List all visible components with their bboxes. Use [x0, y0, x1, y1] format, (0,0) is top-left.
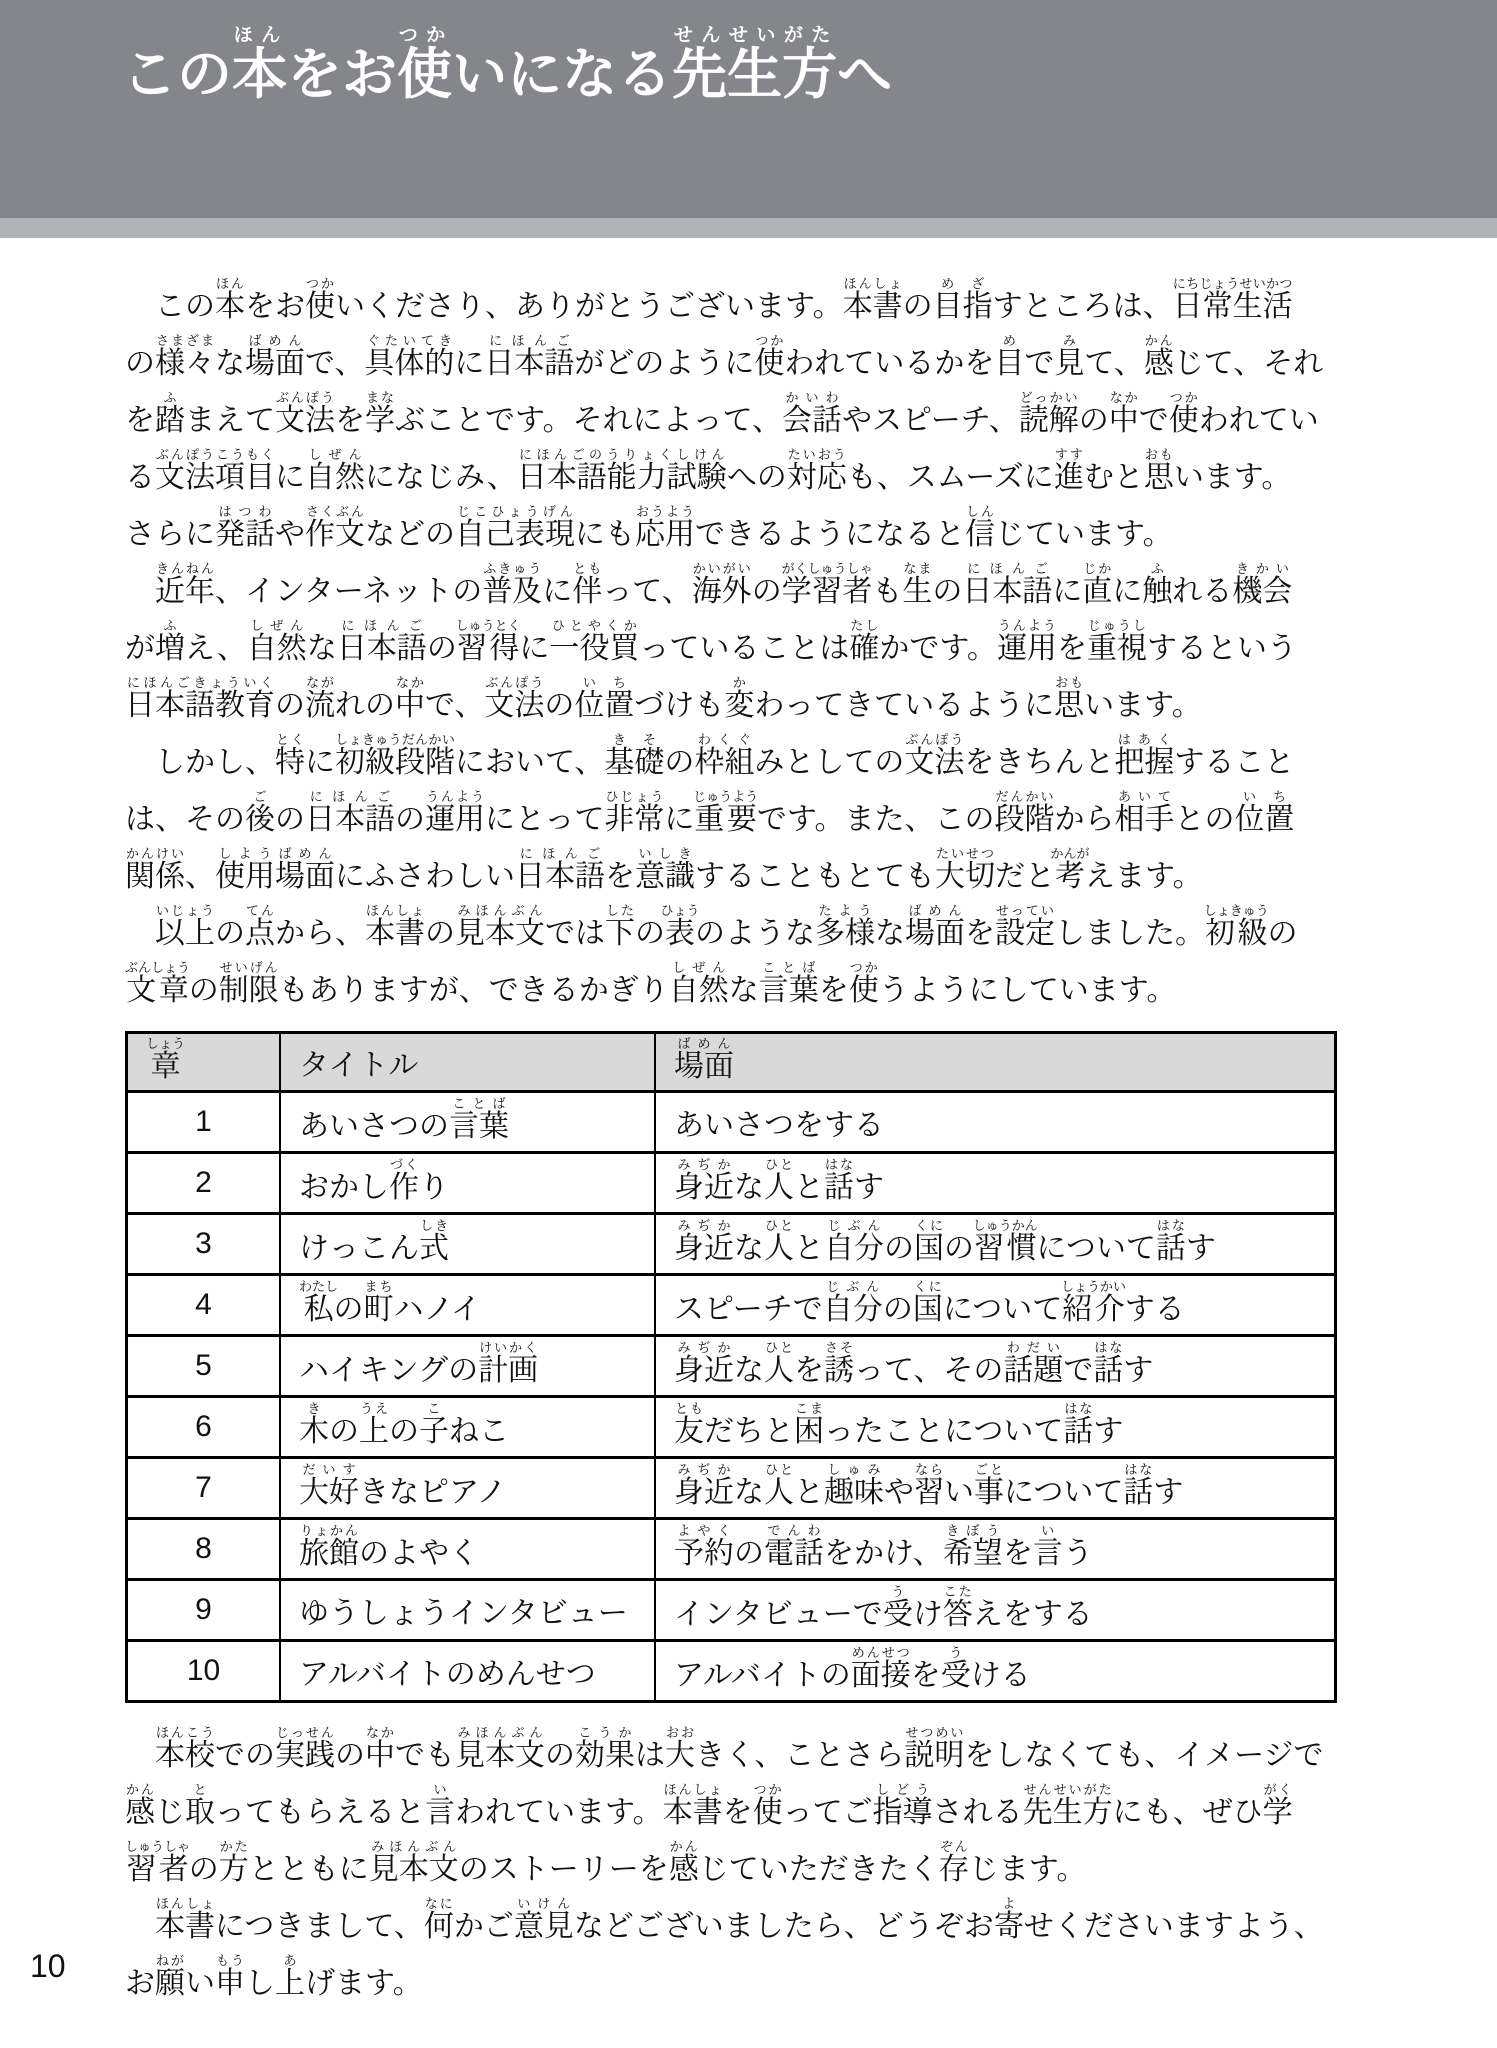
chapter-title: けっこん式しき [280, 1214, 655, 1275]
ruby-word: 実践じっせん [275, 1739, 335, 1772]
text-line: 近年きんねん、インターネットの普及ふきゅうに伴ともって、海外かいがいの学習者がく… [125, 561, 1415, 618]
ruby-word: 場面ばめん [674, 1050, 734, 1083]
ruby-word: 意見いけん [514, 1910, 574, 1943]
ruby-word: 子こ [419, 1415, 449, 1448]
ruby-word: 日本語にほんご [337, 632, 427, 665]
column-header-title: タイトル [280, 1033, 655, 1092]
ruby-word: 自分じぶん [823, 1293, 883, 1326]
chapter-number: 5 [127, 1336, 281, 1397]
chapter-table-header-row: 章しょう タイトル 場面ばめん [127, 1033, 1336, 1092]
chapter-scene: 身近みぢかな人ひとと趣味しゅみや習ならい事ごとについて話はなす [655, 1458, 1336, 1519]
column-header-scene: 場面ばめん [655, 1033, 1336, 1092]
ruby-word: 応用おうよう [635, 518, 695, 551]
ruby-word: 位置いち [1235, 803, 1295, 836]
ruby-word: 運用うんよう [425, 803, 485, 836]
chapter-row: 1あいさつの言葉ことばあいさつをする [127, 1092, 1336, 1153]
ruby-word: 日本語教育にほんごきょういく [125, 689, 275, 722]
chapter-number: 3 [127, 1214, 281, 1275]
chapter-row: 2おかし作づくり身近みぢかな人ひとと話はなす [127, 1153, 1336, 1214]
ruby-word: 話はな [1156, 1232, 1186, 1265]
ruby-word: 増ふ [155, 632, 185, 665]
ruby-word: 誘さそ [824, 1354, 854, 1387]
ruby-word: 方かた [219, 1853, 249, 1886]
ruby-word: 見本文みほんぶん [455, 917, 545, 950]
ruby-word: 中なか [1109, 404, 1139, 437]
chapter-number: 2 [127, 1153, 281, 1214]
ruby-word: 希望きぼう [943, 1537, 1003, 1570]
chapter-number: 9 [127, 1580, 281, 1641]
text-line: 感かんじ取とってもらえると言いわれています。本書ほんしょを使つかってご指導しどう… [125, 1782, 1415, 1839]
ruby-word: 使用場面しようばめん [215, 860, 335, 893]
ruby-word: 基礎きそ [604, 746, 664, 779]
chapter-number: 10 [127, 1641, 281, 1702]
chapter-title: ハイキングの計画けいかく [280, 1336, 655, 1397]
ruby-word: 受う [941, 1659, 971, 1692]
chapter-row: 4私わたしの町まちハノイスピーチで自分じぶんの国くにについて紹介しょうかいする [127, 1275, 1336, 1336]
ruby-word: 見本文みほんぶん [455, 1739, 545, 1772]
ruby-word: 重要じゅうよう [694, 803, 757, 836]
ruby-word: 近年きんねん [155, 575, 215, 608]
text-line: 文章ぶんしょうの制限せいげんもありますが、できるかぎり自然しぜんな言葉ことばを使… [125, 960, 1415, 1017]
ruby-word: 答こた [943, 1598, 973, 1631]
chapter-scene: 身近みぢかな人ひとと自分じぶんの国くにの習慣しゅうかんについて話はなす [655, 1214, 1336, 1275]
ruby-word: 言い [425, 1796, 455, 1829]
ruby-word: 効果こうか [575, 1739, 635, 1772]
ruby-word: 特とく [275, 746, 305, 779]
ruby-word: 以上いじょう [155, 917, 215, 950]
ruby-word: 作文さくぶん [305, 518, 365, 551]
ruby-word: 紹介しょうかい [1062, 1293, 1125, 1326]
ruby-word: 日本語にほんご [305, 803, 395, 836]
document-page: この本ほんをお使つかいになる先生方せんせいがたへ この本ほんをお使つかいくださり… [0, 0, 1497, 2048]
chapter-title: 旅館りょかんのよやく [280, 1519, 655, 1580]
text-line: は、その後ごの日本語にほんごの運用うんようにとって非常ひじょうに重要じゅうようで… [125, 789, 1415, 846]
ruby-word: 触ふ [1142, 575, 1172, 608]
ruby-word: 運用うんよう [997, 632, 1057, 665]
ruby-word: 大おお [665, 1739, 695, 1772]
ruby-word: 国くに [914, 1232, 944, 1265]
ruby-word: 自然しぜん [247, 632, 307, 665]
ruby-word: 話はな [1093, 1354, 1123, 1387]
chapter-title: 木きの上うえの子こねこ [280, 1397, 655, 1458]
ruby-word: 自然しぜん [669, 974, 729, 1007]
ruby-word: 使つか [753, 1796, 783, 1829]
ruby-word: 中なか [365, 1739, 395, 1772]
ruby-word: 言葉ことば [449, 1110, 509, 1143]
ruby-word: 上あ [275, 1967, 305, 2000]
ruby-word: 具体的ぐたいてき [364, 347, 454, 380]
ruby-word: 受う [883, 1598, 913, 1631]
chapter-row: 9ゆうしょうインタビューインタビューで受うけ答こたえをする [127, 1580, 1336, 1641]
chapter-scene: 身近みぢかな人ひとと話はなす [655, 1153, 1336, 1214]
ruby-word: 本書ほんしょ [843, 290, 903, 323]
ruby-word: 把握はあく [1114, 746, 1174, 779]
text-line: る文法項目ぶんぽうこうもくに自然しぜんになじみ、日本語能力試験にほんごのうりょく… [125, 447, 1415, 504]
ruby-word: 学習者がくしゅうしゃ [782, 575, 873, 608]
ruby-word: 本校ほんこう [155, 1739, 215, 1772]
ruby-word: 信しん [965, 518, 995, 551]
ruby-word: 機会きかい [1232, 575, 1292, 608]
ruby-word: 本書ほんしょ [663, 1796, 723, 1829]
ruby-word: 読解どっかい [1019, 404, 1079, 437]
ruby-word: 表ひょう [665, 917, 695, 950]
chapter-number: 8 [127, 1519, 281, 1580]
ruby-word: 意識いしき [635, 860, 695, 893]
ruby-word: 場面ばめん [245, 347, 305, 380]
ruby-word: 後ご [245, 803, 275, 836]
ruby-word: 目指めざ [933, 290, 993, 323]
chapter-row: 7大好だいすきなピアノ身近みぢかな人ひとと趣味しゅみや習ならい事ごとについて話は… [127, 1458, 1336, 1519]
chapter-title: ゆうしょうインタビュー [280, 1580, 655, 1641]
ruby-word: 大切たいせつ [935, 860, 995, 893]
ruby-word: 日本語にほんご [484, 347, 574, 380]
page-number: 10 [30, 1948, 66, 1985]
chapter-table-head: 章しょう タイトル 場面ばめん [127, 1033, 1336, 1092]
ruby-word: 初級段階しょきゅうだんかい [335, 746, 455, 779]
ruby-word: 自分じぶん [824, 1232, 884, 1265]
ruby-word: 下した [605, 917, 635, 950]
chapter-row: 6木きの上うえの子こねこ友ともだちと困こまったことについて話はなす [127, 1397, 1336, 1458]
chapter-table-body: 1あいさつの言葉ことばあいさつをする2おかし作づくり身近みぢかな人ひとと話はなす… [127, 1092, 1336, 1702]
ruby-word: 身近みぢか [674, 1171, 734, 1204]
ruby-word: 話はな [1123, 1476, 1153, 1509]
chapter-row: 5ハイキングの計画けいかく身近みぢかな人ひとを誘さそって、その話題わだいで話はな… [127, 1336, 1336, 1397]
ruby-word: 寄よ [994, 1910, 1024, 1943]
ruby-word: 文法ぶんぽう [275, 404, 335, 437]
ruby-word: 人ひと [764, 1476, 794, 1509]
ruby-word: 習得しゅうとく [457, 632, 520, 665]
ruby-word: 制限せいげん [219, 974, 279, 1007]
ruby-word: 話はな [1063, 1415, 1093, 1448]
ruby-word: 木き [299, 1415, 329, 1448]
ruby-word: 文法ぶんぽう [904, 746, 964, 779]
ruby-word: 使つか [397, 43, 452, 105]
ruby-word: 習なら [914, 1476, 944, 1509]
ruby-word: 町まち [364, 1293, 394, 1326]
ruby-word: 文法項目ぶんぽうこうもく [155, 461, 275, 494]
ruby-word: 申もう [215, 1967, 245, 2000]
chapter-row: 10アルバイトのめんせつアルバイトの面接めんせつを受うける [127, 1641, 1336, 1702]
column-header-chapter: 章しょう [127, 1033, 281, 1092]
ruby-word: 本ほん [215, 290, 245, 323]
text-line: 関係かんけい、使用場面しようばめんにふさわしい日本語にほんごを意識いしきすること… [125, 846, 1415, 903]
ruby-word: 場面ばめん [905, 917, 965, 950]
ruby-word: 使つか [849, 974, 879, 1007]
text-line: 本校ほんこうでの実践じっせんの中なかでも見本文みほんぶんの効果こうかは大おおきく… [125, 1725, 1415, 1782]
ruby-word: 旅館りょかん [299, 1537, 359, 1570]
ruby-word: 何なに [424, 1910, 454, 1943]
ruby-word: 国くに [913, 1293, 943, 1326]
ruby-word: 話題わだい [1003, 1354, 1063, 1387]
ruby-word: 友とも [674, 1415, 704, 1448]
ruby-word: 趣味しゅみ [824, 1476, 884, 1509]
ruby-word: 中なか [395, 689, 425, 722]
ruby-word: 困こま [794, 1415, 824, 1448]
text-line: 以上いじょうの点てんから、本書ほんしょの見本文みほんぶんでは下したの表ひょうのよ… [125, 903, 1415, 960]
ruby-word: 日本語能力試験にほんごのうりょくしけん [517, 461, 727, 494]
page-header-band: この本ほんをお使つかいになる先生方せんせいがたへ [0, 0, 1497, 218]
ruby-word: 初級しょきゅう [1205, 917, 1268, 950]
chapter-number: 4 [127, 1275, 281, 1336]
ruby-word: 身近みぢか [674, 1354, 734, 1387]
text-line: 日本語教育にほんごきょういくの流ながれの中なかで、文法ぶんぽうの位置いちづけも変… [125, 675, 1415, 732]
ruby-word: 多様たよう [815, 917, 875, 950]
chapter-scene: 身近みぢかな人ひとを誘さそって、その話題わだいで話はなす [655, 1336, 1336, 1397]
chapter-scene: インタビューで受うけ答こたえをする [655, 1580, 1336, 1641]
intro-paragraphs: この本ほんをお使つかいくださり、ありがとうございます。本書ほんしょの目指めざすと… [125, 276, 1415, 1017]
ruby-word: 枠組わくぐ [694, 746, 754, 779]
ruby-word: 踏ふ [155, 404, 185, 437]
chapter-table: 章しょう タイトル 場面ばめん 1あいさつの言葉ことばあいさつをする2おかし作づ… [125, 1031, 1337, 1703]
chapter-scene: 友ともだちと困こまったことについて話はなす [655, 1397, 1336, 1458]
chapter-scene: スピーチで自分じぶんの国くにについて紹介しょうかいする [655, 1275, 1336, 1336]
ruby-word: 重視じゅうし [1087, 632, 1147, 665]
ruby-word: 点てん [245, 917, 275, 950]
ruby-word: 自然しぜん [305, 461, 365, 494]
ruby-word: 感かん [669, 1853, 699, 1886]
ruby-word: 一役買ひとやくか [549, 632, 639, 665]
ruby-word: 変か [724, 689, 754, 722]
ruby-word: 願ねが [155, 1967, 185, 2000]
ruby-word: 使つか [754, 347, 784, 380]
chapter-scene: あいさつをする [655, 1092, 1336, 1153]
chapter-scene: 予約よやくの電話でんわをかけ、希望きぼうを言いう [655, 1519, 1336, 1580]
text-line: が増ふえ、自然しぜんな日本語にほんごの習得しゅうとくに一役買ひとやくかっているこ… [125, 618, 1415, 675]
ruby-word: 思おも [1144, 461, 1174, 494]
ruby-word: 思おも [1054, 689, 1084, 722]
ruby-word: 習慣しゅうかん [974, 1232, 1037, 1265]
ruby-word: 説明せつめい [904, 1739, 964, 1772]
chapter-title: 大好だいすきなピアノ [280, 1458, 655, 1519]
ruby-word: 身近みぢか [674, 1232, 734, 1265]
ruby-word: 人ひと [764, 1232, 794, 1265]
ruby-word: 話はな [824, 1171, 854, 1204]
ruby-word: 海外かいがい [692, 575, 752, 608]
ruby-word: 身近みぢか [674, 1476, 734, 1509]
chapter-number: 6 [127, 1397, 281, 1458]
header-accent-strip [0, 218, 1497, 238]
ruby-word: 生なま [902, 575, 932, 608]
ruby-word: 計画けいかく [478, 1354, 538, 1387]
ruby-word: 発話はつわ [215, 518, 275, 551]
chapter-title: あいさつの言葉ことば [280, 1092, 655, 1153]
ruby-word: 文章ぶんしょう [125, 974, 189, 1007]
chapter-title: 私わたしの町まちハノイ [280, 1275, 655, 1336]
ruby-word: 学まな [365, 404, 395, 437]
ruby-word: 相手あいて [1115, 803, 1175, 836]
ruby-word: 人ひと [764, 1354, 794, 1387]
ruby-word: 習者しゅうしゃ [125, 1853, 189, 1886]
text-line: 本書ほんしょにつきまして、何なにかご意見いけんなどございましたら、どうぞお寄よせ… [125, 1896, 1415, 1953]
chapter-number: 7 [127, 1458, 281, 1519]
ruby-word: 上うえ [359, 1415, 389, 1448]
ruby-word: 使つか [1169, 404, 1199, 437]
ruby-word: 感かん [125, 1796, 155, 1829]
ruby-word: 本書ほんしょ [365, 917, 425, 950]
ruby-word: 対応たいおう [787, 461, 847, 494]
ruby-word: 作づく [389, 1171, 419, 1204]
ruby-word: 式しき [419, 1232, 449, 1265]
closing-paragraphs: 本校ほんこうでの実践じっせんの中なかでも見本文みほんぶんの効果こうかは大おおきく… [125, 1725, 1415, 2010]
chapter-number: 1 [127, 1092, 281, 1153]
ruby-word: 非常ひじょう [604, 803, 664, 836]
ruby-word: 感かん [1144, 347, 1174, 380]
ruby-word: 学がく [1263, 1796, 1293, 1829]
ruby-word: 見本文みほんぶん [369, 1853, 459, 1886]
ruby-word: 面接めんせつ [851, 1659, 911, 1692]
ruby-word: 私わたし [299, 1293, 334, 1326]
chapter-row: 8旅館りょかんのよやく予約よやくの電話でんわをかけ、希望きぼうを言いう [127, 1519, 1336, 1580]
ruby-word: 先生方せんせいがた [1023, 1796, 1113, 1829]
text-line: の様々さまざまな場面ばめんで、具体的ぐたいてきに日本語にほんごがどのように使つか… [125, 333, 1415, 390]
ruby-word: 大好だいす [299, 1476, 359, 1509]
ruby-word: 日本語にほんご [962, 575, 1052, 608]
chapter-row: 3けっこん式しき身近みぢかな人ひとと自分じぶんの国くにの習慣しゅうかんについて話… [127, 1214, 1336, 1275]
ruby-word: 言葉ことば [759, 974, 819, 1007]
ruby-word: 指導しどう [873, 1796, 933, 1829]
ruby-word: 予約よやく [674, 1537, 734, 1570]
ruby-word: 本書ほんしょ [155, 1910, 215, 1943]
ruby-word: 本ほん [232, 43, 287, 105]
ruby-word: 考かんが [1055, 860, 1085, 893]
chapter-title: アルバイトのめんせつ [280, 1641, 655, 1702]
ruby-word: 様々さまざま [155, 347, 215, 380]
ruby-word: 段階だんかい [995, 803, 1055, 836]
page-title: この本ほんをお使つかいになる先生方せんせいがたへ [0, 0, 1497, 122]
ruby-word: 先生方せんせいがた [672, 43, 837, 105]
ruby-word: 人ひと [764, 1171, 794, 1204]
ruby-word: 位置いち [574, 689, 634, 722]
ruby-word: 言い [1033, 1537, 1063, 1570]
page-content: この本ほんをお使つかいくださり、ありがとうございます。本書ほんしょの目指めざすと… [0, 238, 1415, 2010]
ruby-word: 日常生活にちじょうせいかつ [1173, 290, 1293, 323]
chapter-title: おかし作づくり [280, 1153, 655, 1214]
ruby-word: 確たし [849, 632, 879, 665]
ruby-word: 存ぞん [939, 1853, 969, 1886]
chapter-scene: アルバイトの面接めんせつを受うける [655, 1641, 1336, 1702]
text-line: 習者しゅうしゃの方かたとともに見本文みほんぶんのストーリーを感かんじていただきた… [125, 1839, 1415, 1896]
ruby-word: 流なが [305, 689, 335, 722]
ruby-word: 関係かんけい [125, 860, 185, 893]
ruby-word: 文法ぶんぽう [484, 689, 544, 722]
ruby-word: 電話でんわ [764, 1537, 824, 1570]
ruby-word: 見み [1054, 347, 1084, 380]
ruby-word: 進すす [1054, 461, 1084, 494]
ruby-word: 章しょう [146, 1050, 185, 1083]
ruby-word: 会話かいわ [782, 404, 842, 437]
text-line: この本ほんをお使つかいくださり、ありがとうございます。本書ほんしょの目指めざすと… [125, 276, 1415, 333]
ruby-word: 取と [185, 1796, 215, 1829]
ruby-word: 使つか [305, 290, 335, 323]
ruby-word: 目め [994, 347, 1024, 380]
ruby-word: 伴とも [572, 575, 602, 608]
text-line: さらに発話はつわや作文さくぶんなどの自己表現じこひょうげんにも応用おうようできる… [125, 504, 1415, 561]
text-line: を踏ふまえて文法ぶんぽうを学まなぶことです。それによって、会話かいわやスピーチ、… [125, 390, 1415, 447]
text-line: お願ねがい申もうし上あげます。 [125, 1953, 1415, 2010]
ruby-word: 直じか [1082, 575, 1112, 608]
ruby-word: 日本語にほんご [515, 860, 605, 893]
text-line: しかし、特とくに初級段階しょきゅうだんかいにおいて、基礎きその枠組わくぐみとして… [125, 732, 1415, 789]
ruby-word: 普及ふきゅう [482, 575, 542, 608]
ruby-word: 自己表現じこひょうげん [455, 518, 575, 551]
ruby-word: 事ごと [974, 1476, 1004, 1509]
ruby-word: 設定せってい [995, 917, 1055, 950]
